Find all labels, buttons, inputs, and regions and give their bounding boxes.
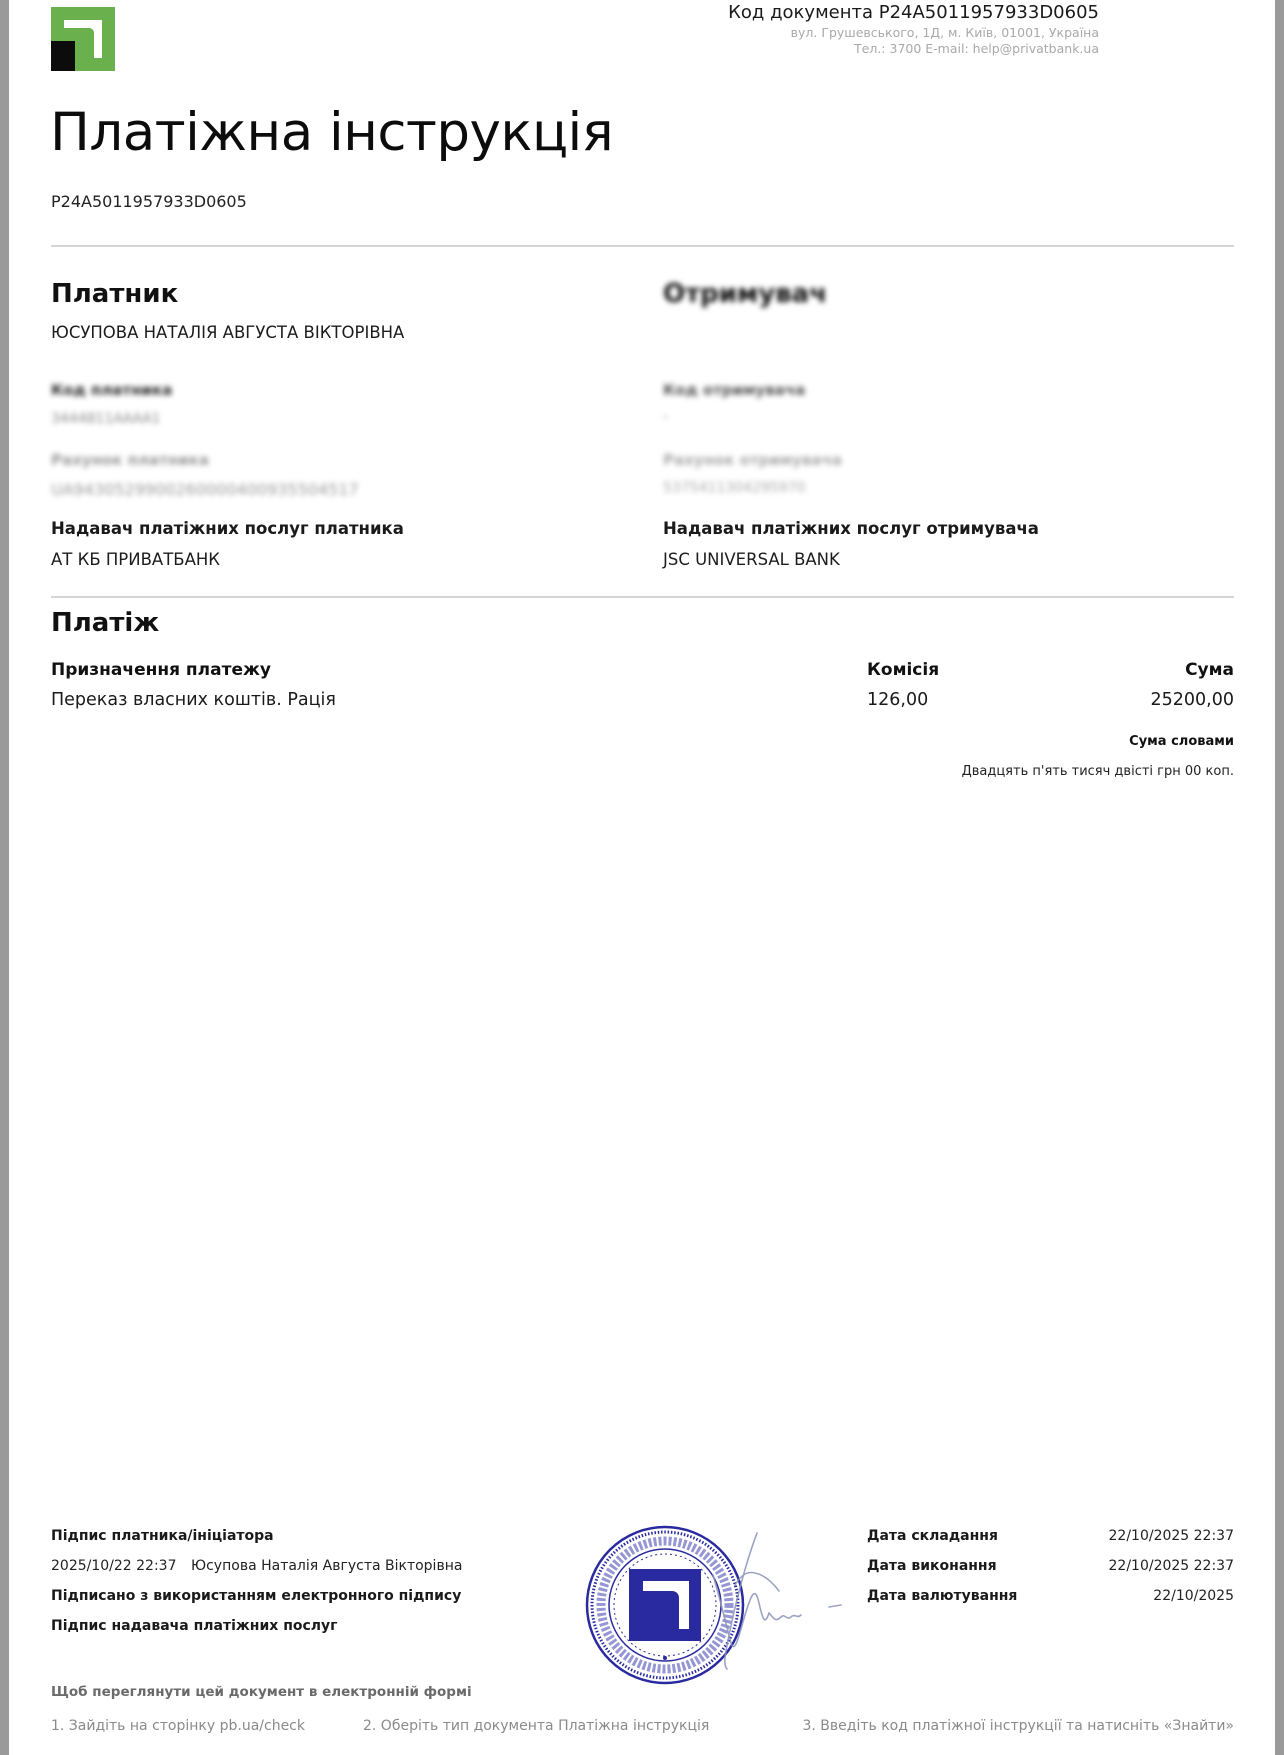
divider (51, 596, 1234, 598)
payer-heading: Платник (51, 279, 178, 309)
provider-signature-label: Підпис надавача платіжних послуг (51, 1618, 337, 1634)
payer-code-value: 3444811АААА1 (51, 411, 161, 427)
instruction-step: 3. Введіть код платіжної інструкції та н… (803, 1718, 1235, 1734)
amount-words-label: Сума словами (1129, 734, 1234, 749)
payer-signature-datetime: 2025/10/22 22:37 (51, 1558, 177, 1574)
privatbank-logo-icon (51, 7, 115, 71)
date-label: Дата виконання (867, 1558, 997, 1574)
payer-code-label: Код платника (51, 381, 172, 399)
recipient-heading: Отримувач (663, 279, 827, 309)
commission-label: Комісія (867, 660, 939, 680)
payer-signature-label: Підпис платника/ініціатора (51, 1528, 274, 1544)
instruction-step: 1. Зайдіть на сторінку pb.ua/check (51, 1718, 305, 1734)
date-value: 22/10/2025 22:37 (1109, 1558, 1235, 1574)
date-value: 22/10/2025 22:37 (1109, 1528, 1235, 1544)
page-title: Платіжна інструкція (50, 102, 613, 163)
bank-contacts: Тел.: 3700 E-mail: help@privatbank.ua (854, 41, 1099, 56)
recipient-provider-label: Надавач платіжних послуг отримувача (663, 519, 1039, 538)
electronic-signature-note: Підписано з використанням електронного п… (51, 1588, 461, 1604)
amount-label: Сума (1185, 660, 1234, 680)
purpose-value: Переказ власних коштів. Рація (51, 690, 336, 710)
recipient-code-label: Код отримувача (663, 381, 805, 399)
payer-provider-value: АТ КБ ПРИВАТБАНК (51, 550, 220, 569)
commission-value: 126,00 (867, 690, 928, 710)
date-label: Дата складання (867, 1528, 998, 1544)
date-value: 22/10/2025 (1153, 1588, 1234, 1604)
purpose-label: Призначення платежу (51, 660, 271, 680)
payer-signature-name: Юсупова Наталія Августа Вікторівна (191, 1558, 462, 1574)
amount-value: 25200,00 (1150, 690, 1234, 710)
instruction-step: 2. Оберіть тип документа Платіжна інстру… (363, 1718, 709, 1734)
payer-account-value: UA9430529900260000400935504517 (51, 480, 359, 499)
recipient-code-value: - (663, 409, 668, 425)
bank-address: вул. Грушевського, 1Д, м. Київ, 01001, У… (791, 25, 1099, 40)
instructions-title: Щоб переглянути цей документ в електронн… (51, 1684, 472, 1700)
amount-words-value: Двадцять п'ять тисяч двісті грн 00 коп. (962, 764, 1234, 779)
date-label: Дата валютування (867, 1588, 1017, 1604)
payer-name: ЮСУПОВА НАТАЛІЯ АВГУСТА ВІКТОРІВНА (51, 323, 404, 342)
recipient-provider-value: JSC UNIVERSAL BANK (663, 550, 840, 569)
payer-account-label: Рахунок платника (51, 451, 209, 469)
payer-provider-label: Надавач платіжних послуг платника (51, 519, 404, 538)
document-code: P24A5011957933D0605 (51, 192, 247, 211)
document-code-header: Код документа P24A5011957933D0605 (728, 2, 1099, 23)
divider (51, 245, 1234, 247)
recipient-account-label: Рахунок отримувача (663, 451, 842, 469)
payment-heading: Платіж (51, 608, 159, 638)
recipient-account-value: 5375411304295970 (663, 480, 806, 496)
document-page: Код документа P24A5011957933D0605 вул. Г… (9, 0, 1275, 1755)
handwritten-signature-icon (695, 1525, 855, 1675)
